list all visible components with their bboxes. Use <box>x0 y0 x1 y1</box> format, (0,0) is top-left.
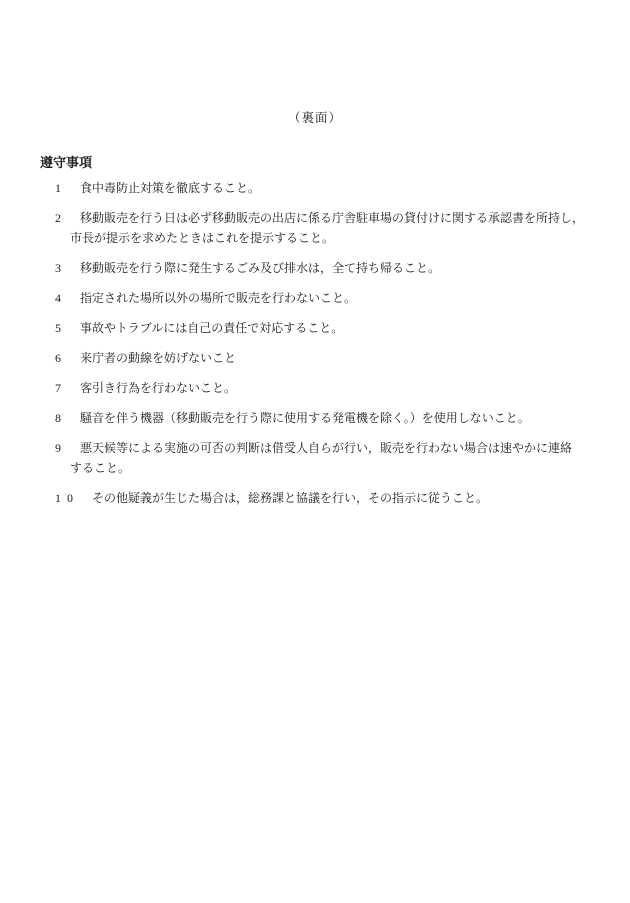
rule-text: 来庁者の動線を妨げないこと <box>80 351 236 365</box>
rule-text: その他疑義が生じた場合は，総務課と協議を行い，その指示に従うこと。 <box>92 491 488 505</box>
rule-number: 8 <box>55 408 80 428</box>
rule-item-4: 4指定された場所以外の場所で販売を行わないこと。 <box>40 288 590 308</box>
rule-text: 移動販売を行う際に発生するごみ及び排水は，全て持ち帰ること。 <box>80 261 440 275</box>
rule-text: 騒音を伴う機器（移動販売を行う際に使用する発電機を除く。）を使用しないこと。 <box>80 411 530 425</box>
rule-number: 3 <box>55 258 80 278</box>
rule-item-8: 8騒音を伴う機器（移動販売を行う際に使用する発電機を除く。）を使用しないこと。 <box>40 408 590 428</box>
rule-number: 1 <box>55 178 80 198</box>
rule-text: 移動販売を行う日は必ず移動販売の出店に係る庁舎駐車場の貸付けに関する承認書を所持… <box>70 211 584 245</box>
rule-item-6: 6来庁者の動線を妨げないこと <box>40 348 590 368</box>
rule-number: 7 <box>55 378 80 398</box>
rule-number: 5 <box>55 318 80 338</box>
rule-item-9: 9悪天候等による実施の可否の判断は借受人自らが行い，販売を行わない場合は速やかに… <box>40 438 590 478</box>
rule-item-3: 3移動販売を行う際に発生するごみ及び排水は，全て持ち帰ること。 <box>40 258 590 278</box>
rule-text: 事故やトラブルには自己の責任で対応すること。 <box>80 321 343 335</box>
rule-text: 指定された場所以外の場所で販売を行わないこと。 <box>80 291 356 305</box>
rule-item-10: 10その他疑義が生じた場合は，総務課と協議を行い，その指示に従うこと。 <box>40 488 590 508</box>
rule-number: 4 <box>55 288 80 308</box>
rule-number: 10 <box>55 488 92 508</box>
page-back-label: （裏面） <box>40 108 590 128</box>
rule-item-2: 2移動販売を行う日は必ず移動販売の出店に係る庁舎駐車場の貸付けに関する承認書を所… <box>40 208 590 248</box>
compliance-rules-heading: 遵守事項 <box>40 153 590 173</box>
rule-number: 2 <box>55 208 80 228</box>
rule-text: 悪天候等による実施の可否の判断は借受人自らが行い，販売を行わない場合は速やかに連… <box>70 441 572 475</box>
rule-text: 客引き行為を行わないこと。 <box>80 381 236 395</box>
rule-item-5: 5事故やトラブルには自己の責任で対応すること。 <box>40 318 590 338</box>
rule-item-1: 1食中毒防止対策を徹底すること。 <box>40 178 590 198</box>
rule-number: 6 <box>55 348 80 368</box>
document-page: （裏面） 遵守事項 1食中毒防止対策を徹底すること。 2移動販売を行う日は必ず移… <box>0 0 630 903</box>
rule-text: 食中毒防止対策を徹底すること。 <box>80 181 260 195</box>
rule-number: 9 <box>55 438 80 458</box>
rule-list: 1食中毒防止対策を徹底すること。 2移動販売を行う日は必ず移動販売の出店に係る庁… <box>40 178 590 508</box>
rule-item-7: 7客引き行為を行わないこと。 <box>40 378 590 398</box>
